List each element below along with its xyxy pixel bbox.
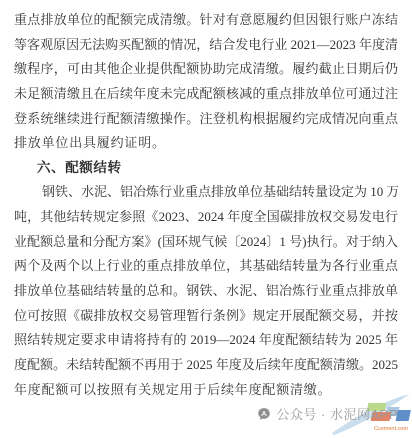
text-line: 位可按照《碳排放权交易管理暂行条例》规定开展配额交易，并按: [14, 304, 398, 329]
document-body: 重点排放单位的配额完成清缴。针对有意愿履约但因银行账户冻结 等客观原因无法购买配…: [14, 8, 398, 402]
wechat-official-account-icon: [257, 407, 271, 421]
text-line: 度配额。未结转配额不再用于 2025 年度及后续年度配额清缴。2025: [14, 353, 398, 378]
watermark: 公众号 · 水泥网APP: [257, 404, 398, 423]
text-line: 未足额清缴且在后续年度未完成配额核减的重点排放单位可通过注: [14, 82, 398, 107]
watermark-label: 公众号 · 水泥网APP: [276, 404, 398, 423]
text-line: 重点排放单位的配额完成清缴。针对有意愿履约但因银行账户冻结: [14, 8, 398, 33]
text-line: 照结转规定要求申请将持有的 2019—2024 年度配额结转为 2025 年: [14, 328, 398, 353]
text-line: 等客观原因无法购买配额的情况，结合发电行业 2021—2023 年度清: [14, 33, 398, 58]
text-line: 排放单位出具履约证明。: [14, 131, 398, 156]
text-line: 两个及两个以上行业的重点排放单位，其基础结转量为各行业重点: [14, 254, 398, 279]
text-line: 业配额总量和分配方案》(国环规气候〔2024〕1 号)执行。对于纳入: [14, 230, 398, 255]
logo-caption: Ccement.com: [374, 426, 408, 432]
text-line: 登系统继续进行配额清缴操作。注登机构根据履约完成情况向重点: [14, 107, 398, 132]
text-line: 钢铁、水泥、铝冶炼行业重点排放单位基础结转量设定为 10 万: [14, 180, 398, 205]
text-line: 缴程序，可由其他企业提供配额协助完成清缴。履约截止日期后仍: [14, 57, 398, 82]
text-line: 吨，其他结转规定参照《2023、2024 年度全国碳排放权交易发电行: [14, 205, 398, 230]
text-line: 排放单位基础结转量的总和。钢铁、水泥、铝冶炼行业重点排放单: [14, 279, 398, 304]
section-heading: 六、配额结转: [14, 156, 398, 181]
